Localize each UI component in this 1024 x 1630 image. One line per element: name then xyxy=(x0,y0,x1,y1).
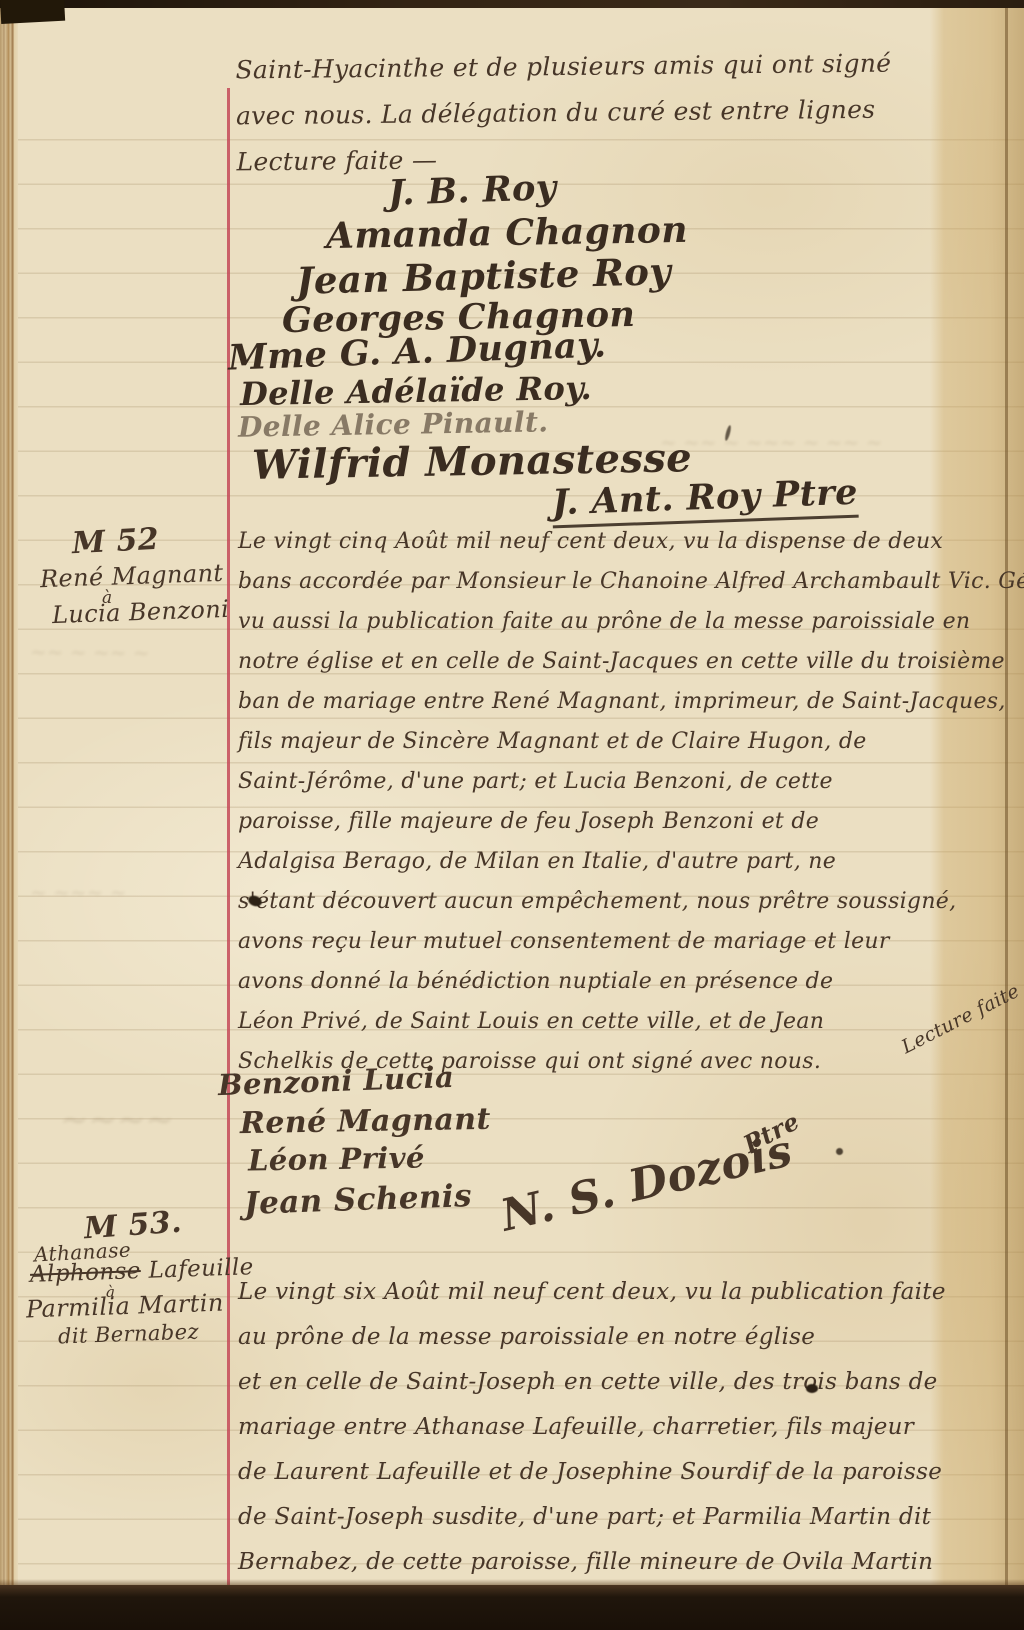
text-line: vu aussi la publication faite au prône d… xyxy=(238,602,998,642)
text-line: et en celle de Saint-Joseph en cette vil… xyxy=(238,1360,1008,1405)
record-m52-body-text: Le vingt cinq Août mil neuf cent deux, v… xyxy=(238,522,998,1082)
struck-first-name: Alphonse xyxy=(30,1258,142,1288)
book-cover-top-edge xyxy=(0,0,1024,8)
text-line: paroisse, fille majeure de feu Joseph Be… xyxy=(238,802,998,842)
text-line: Léon Privé, de Saint Louis en cette vill… xyxy=(238,1002,998,1042)
margin-rule-red xyxy=(227,88,230,1588)
bleed-through-marks: ~~ ~ ~~ ~ xyxy=(30,639,150,664)
text-line: Saint-Jérôme, d'une part; et Lucia Benzo… xyxy=(238,762,998,802)
record-m53-body-text: Le vingt six Août mil neuf cent deux, vu… xyxy=(238,1270,1008,1585)
text-line: ban de mariage entre René Magnant, impri… xyxy=(238,682,998,722)
text-line: Lecture faite — xyxy=(236,133,892,186)
signature-jean-schenis: Jean Schenis xyxy=(243,1178,472,1222)
text-line: notre église et en celle de Saint-Jacque… xyxy=(238,642,998,682)
text-line: Le vingt six Août mil neuf cent deux, vu… xyxy=(238,1270,1008,1315)
book-cover-corner xyxy=(0,0,65,24)
signature-cure-roy: J. Ant. Roy Ptre xyxy=(551,472,858,529)
text-line: s'étant découvert aucun empêchement, nou… xyxy=(238,882,998,922)
text-line: de Laurent Lafeuille et de Josephine Sou… xyxy=(238,1450,1008,1495)
text-line: Saint-Hyacinthe et de plusieurs amis qui… xyxy=(235,41,891,94)
record-m52-number: M 52 xyxy=(71,522,160,562)
text-line: au prône de la messe paroissiale en notr… xyxy=(238,1315,1008,1360)
ink-blot xyxy=(836,1148,843,1155)
text-line: Le vingt cinq Août mil neuf cent deux, v… xyxy=(238,522,998,562)
record-m52-groom-name: René Magnant xyxy=(40,559,224,593)
text-line: avons donné la bénédiction nuptiale en p… xyxy=(238,962,998,1002)
act-continuation-text: Saint-Hyacinthe et de plusieurs amis qui… xyxy=(235,41,892,186)
book-page-edges xyxy=(0,0,18,1630)
text-line: de Saint-Joseph susdite, d'une part; et … xyxy=(238,1495,1008,1540)
signature-benzoni-lucia: Benzoni Lucia xyxy=(217,1060,454,1102)
bleed-through-marks: ~ ~~ ~ ~~~ ~ ~~ ~ xyxy=(660,430,882,454)
record-m53-bride-dit-name: dit Bernabez xyxy=(58,1320,200,1349)
text-line: bans accordée par Monsieur le Chanoine A… xyxy=(238,562,998,602)
signature-rene-magnant: René Magnant xyxy=(240,1102,491,1141)
manuscript-page: Saint-Hyacinthe et de plusieurs amis qui… xyxy=(0,0,1024,1630)
text-line: Adalgisa Berago, de Milan en Italie, d'a… xyxy=(238,842,998,882)
text-line: avec nous. La délégation du curé est ent… xyxy=(236,87,892,140)
text-line: avons reçu leur mutuel consentement de m… xyxy=(238,922,998,962)
text-line: mariage entre Athanase Lafeuille, charre… xyxy=(238,1405,1008,1450)
book-cover-bottom xyxy=(0,1585,1024,1630)
signature-leon-prive: Léon Privé xyxy=(248,1140,425,1177)
bleed-through-marks: ~~~~ xyxy=(60,1100,174,1140)
signature-jb-roy: J. B. Roy xyxy=(387,167,557,214)
record-m53-bride-name: Parmilia Martin xyxy=(26,1289,225,1324)
record-m52-bride-name: Lucia Benzoni xyxy=(52,595,230,629)
ink-blot xyxy=(724,425,732,441)
text-line: fils majeur de Sincère Magnant et de Cla… xyxy=(238,722,998,762)
ink-blot xyxy=(806,1384,818,1393)
bleed-through-marks: ~ ~~~ ~ xyxy=(30,880,127,904)
